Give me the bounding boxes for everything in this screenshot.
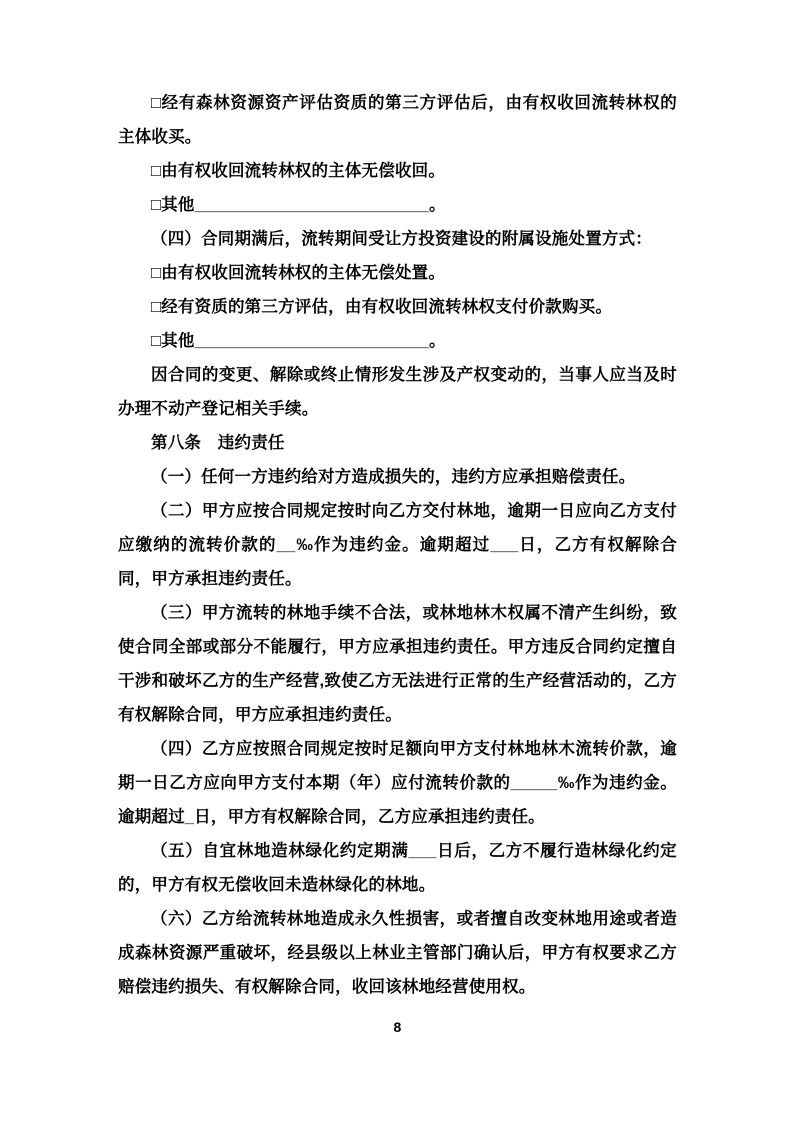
- clause-intro-facility-disposal: （四）合同期满后，流转期间受让方投资建设的附属设施处置方式：: [118, 222, 677, 256]
- paragraph-registration-obligation: 因合同的变更、解除或终止情形发生涉及产权变动的，当事人应当及时办理不动产登记相关…: [118, 358, 677, 426]
- checkbox-option-other-blank-1: □其他_________________________。: [118, 188, 677, 222]
- clause-item-4: （四）乙方应按照合同规定按时足额向甲方支付林地林木流转价款，逾期一日乙方应向甲方…: [118, 732, 677, 834]
- checkbox-option-appraised-purchase: □经有资质的第三方评估，由有权收回流转林权支付价款购买。: [118, 290, 677, 324]
- checkbox-option-free-disposal: □由有权收回流转林权的主体无偿处置。: [118, 256, 677, 290]
- clause-item-3: （三）甲方流转的林地手续不合法，或林地林木权属不清产生纠纷，致使合同全部或部分不…: [118, 596, 677, 732]
- clause-item-5: （五）自宜林地造林绿化约定期满___日后，乙方不履行造林绿化约定的，甲方有权无偿…: [118, 834, 677, 902]
- checkbox-option-third-party-buyback: □经有森林资源资产评估资质的第三方评估后，由有权收回流转林权的主体收买。: [118, 86, 677, 154]
- checkbox-option-free-reclaim: □由有权收回流转林权的主体无偿收回。: [118, 154, 677, 188]
- document-page: □经有森林资源资产评估资质的第三方评估后，由有权收回流转林权的主体收买。 □由有…: [0, 0, 793, 1122]
- clause-item-2: （二）甲方应按合同规定按时向乙方交付林地，逾期一日应向乙方支付应缴纳的流转价款的…: [118, 494, 677, 596]
- clause-8-heading: 第八条 违约责任: [118, 426, 677, 460]
- checkbox-option-other-blank-2: □其他_________________________。: [118, 324, 677, 358]
- clause-item-1: （一）任何一方违约给对方造成损失的，违约方应承担赔偿责任。: [118, 460, 677, 494]
- page-number: 8: [118, 1010, 677, 1044]
- clause-item-6: （六）乙方给流转林地造成永久性损害，或者擅自改变林地用途或者造成森林资源严重破坏…: [118, 902, 677, 1004]
